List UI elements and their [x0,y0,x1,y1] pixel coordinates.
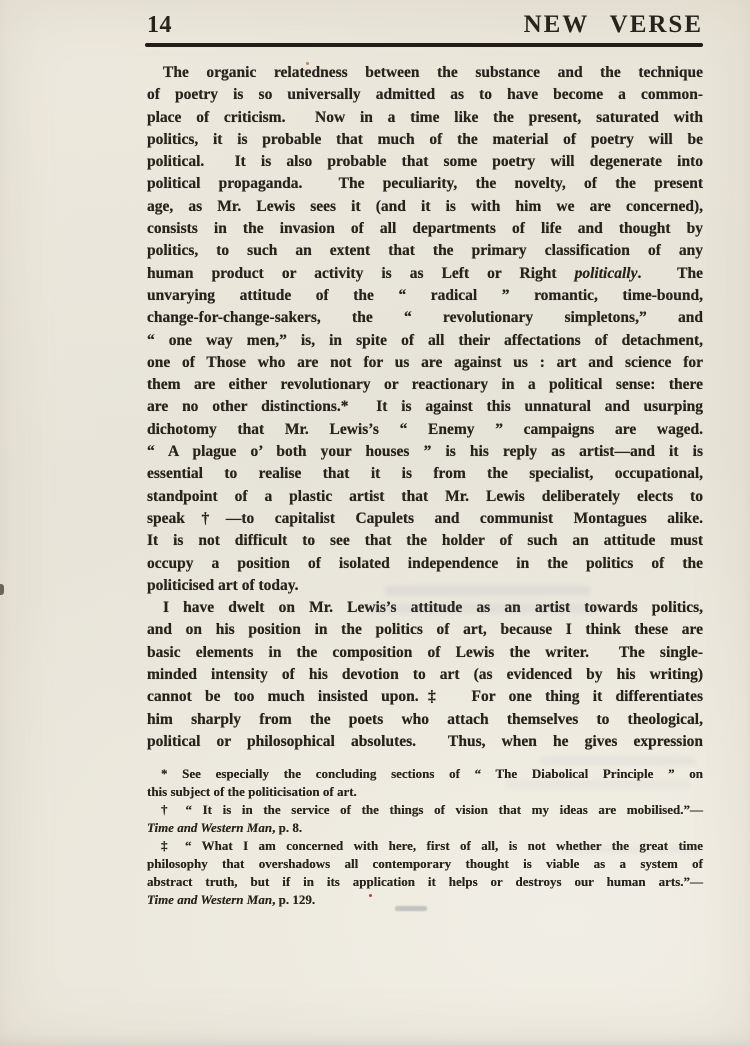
body-text-line: one of Those who are not for us are agai… [147,352,703,374]
body-text-line: basic elements in the composition of Lew… [147,642,703,664]
text-segment: unvarying attitude of the “ radical ” ro… [147,287,703,304]
text-segment: , p. 129. [272,892,315,907]
body-text-line: It is not difficult to see that the hold… [147,530,703,552]
body-text-line: age, as Mr. Lewis sees it (and it is wit… [147,196,703,218]
body-text-line: political propaganda. The peculiarity, t… [147,173,703,195]
showthrough-ghost [505,780,690,788]
text-segment: one of Those who are not for us are agai… [147,354,703,371]
journal-title: NEW VERSE [524,11,703,39]
text-segment: standpoint of a plastic artist that Mr. … [147,488,703,505]
text-segment: politics, to such an extent that the pri… [147,242,703,259]
text-segment: dichotomy that Mr. Lewis’s “ Enemy ” cam… [147,421,703,438]
text-segment: basic elements in the composition of Lew… [147,644,703,661]
page-number: 14 [147,12,172,39]
text-segment: minded intensity of his devotion to art … [147,666,703,683]
text-segment: them are either revolutionary or reactio… [147,376,703,393]
body-text-line: The organic relatedness between the subs… [147,62,703,84]
text-segment: speak†—to capitalist Capulets and commun… [147,510,703,527]
body-text-line: standpoint of a plastic artist that Mr. … [147,486,703,508]
italic-text-segment: Time and Western Man [147,892,272,907]
text-segment: politics, it is probable that much of th… [147,131,703,148]
body-text-line: politics, to such an extent that the pri… [147,240,703,262]
body-text-line: cannot be too much insisted upon.‡ For o… [147,686,703,708]
body-text-line: and on his position in the politics of a… [147,619,703,641]
text-segment: consists in the invasion of all departme… [147,220,703,237]
body-text-line: essential to realise that it is from the… [147,463,703,485]
body-text-line: speak†—to capitalist Capulets and commun… [147,508,703,530]
body-text-line: “ A plague o’ both your houses ” is his … [147,441,703,463]
showthrough-ghost [560,845,700,853]
body-text-line: human product or activity is as Left or … [147,263,703,285]
body-text-line: politics, it is probable that much of th… [147,129,703,151]
scanned-page: 14 NEW VERSE The organic relatedness bet… [0,0,750,1045]
text-segment: this subject of the politicisation of ar… [147,784,357,799]
footnote-line: philosophy that overshadows all contempo… [147,855,703,873]
page-edge-nick [0,584,4,595]
body-text-line: him sharply from the poets who attach th… [147,709,703,731]
text-segment: age, as Mr. Lewis sees it (and it is wit… [147,198,703,215]
body-text-line: unvarying attitude of the “ radical ” ro… [147,285,703,307]
text-segment: “ one way men,” is, in spite of all thei… [147,332,703,349]
text-segment: It is not difficult to see that the hold… [147,532,703,549]
text-segment: change-for-change-sakers, the “ revoluti… [147,309,703,326]
text-segment: political or philosophical absolutes. Th… [147,733,703,750]
text-segment: The organic relatedness between the subs… [163,64,703,81]
body-text-line: dichotomy that Mr. Lewis’s “ Enemy ” cam… [147,419,703,441]
footnote-line: † “ It is in the service of the things o… [147,801,703,819]
pencil-smudge [395,906,427,911]
italic-text-segment: politically [575,265,638,282]
text-segment: essential to realise that it is from the… [147,465,703,482]
text-segment: him sharply from the poets who attach th… [147,711,703,728]
text-segment: “ A plague o’ both your houses ” is his … [147,443,703,460]
body-text-line: minded intensity of his devotion to art … [147,664,703,686]
text-segment: political propaganda. The peculiarity, t… [147,175,703,192]
text-segment: * See especially the concluding sections… [161,766,703,781]
body-text-line: change-for-change-sakers, the “ revoluti… [147,307,703,329]
body-text-line: occupy a position of isolated independen… [147,553,703,575]
body-text-line: are no other distinctions.* It is agains… [147,396,703,418]
body-text-line: place of criticism. Now in a time like t… [147,107,703,129]
text-segment: are no other distinctions.* It is agains… [147,398,703,415]
text-segment: of poetry is so universally admitted as … [147,86,703,103]
text-segment: abstract truth, but if in its applicatio… [147,874,703,889]
text-segment: human product or activity is as Left or … [147,265,575,282]
showthrough-ghost [540,757,695,765]
body-text-line: political. It is also probable that some… [147,151,703,173]
text-segment: philosophy that overshadows all contempo… [147,856,703,871]
footnote-line: abstract truth, but if in its applicatio… [147,873,703,891]
text-segment: place of criticism. Now in a time like t… [147,109,703,126]
paper-speck [306,62,309,65]
text-segment: cannot be too much insisted upon.‡ For o… [147,688,703,705]
text-segment: , p. 8. [272,820,302,835]
header-rule [145,43,703,47]
italic-text-segment: Time and Western Man [147,820,272,835]
running-head: 14 NEW VERSE [147,11,703,39]
body-text-line: consists in the invasion of all departme… [147,218,703,240]
paper-speck [369,894,372,897]
text-segment: politicised art of today. [147,577,299,594]
text-segment: . The [637,265,703,282]
body-text-line: political or philosophical absolutes. Th… [147,731,703,753]
footnote-line: Time and Western Man, p. 8. [147,819,703,837]
text-segment: occupy a position of isolated independen… [147,555,703,572]
text-segment: political. It is also probable that some… [147,153,703,170]
body-text: The organic relatedness between the subs… [147,62,703,753]
showthrough-ghost [365,604,600,613]
text-segment: † “ It is in the service of the things o… [161,802,703,817]
showthrough-ghost [385,586,590,595]
body-text-line: “ one way men,” is, in spite of all thei… [147,330,703,352]
body-text-line: of poetry is so universally admitted as … [147,84,703,106]
text-segment: and on his position in the politics of a… [147,621,703,638]
body-text-line: them are either revolutionary or reactio… [147,374,703,396]
